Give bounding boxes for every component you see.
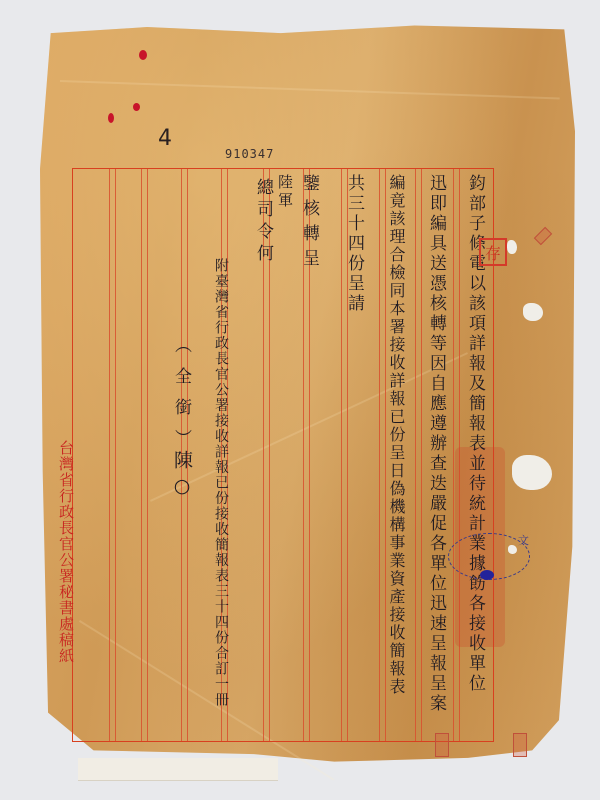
column-rule [141,169,142,741]
small-red-seal [435,733,449,757]
paper-hole [523,303,543,321]
column-rule [379,169,380,741]
signature-name: 陳○ [172,450,191,503]
red-ink-dot [108,113,114,123]
column-rule [109,169,110,741]
text-column-7: 總司令何 [254,178,271,266]
urgency-stamp: 存 [479,238,507,266]
column-rule [115,169,116,741]
backing-paper-strip [78,758,278,781]
text-column-3: 編竟該理合檢同本署接收詳報已份呈日偽機構事業資產接收簡報表 [388,174,404,696]
paper-tear [512,455,552,490]
column-rule [385,169,386,741]
column-rule [453,169,454,741]
paper-hole [507,240,517,254]
serial-number: 910347 [225,147,274,161]
letterhead-text: 台灣省行政長官公署秘書處稿紙 [56,440,77,664]
signature-title: （全銜） [172,336,189,460]
blue-ink-blot [480,570,494,580]
text-column-5: 鑒核轉呈 [300,174,317,274]
text-column-attachment: 附臺灣省行政長官公署接收詳報已份接收簡報表三十四份合訂一冊 [214,258,228,708]
text-column-6: 陸軍 [277,174,292,210]
pencil-page-number: 4 [158,126,172,151]
blue-stamp-text: 文 [518,532,529,548]
red-ink-dot [139,50,147,60]
column-rule [415,169,416,741]
small-red-seal [513,733,527,757]
text-column-2: 迅即編具送憑核轉等因自應遵辦查迭嚴促各單位迅速呈報呈案 [427,174,444,714]
column-rule [421,169,422,741]
red-ink-dot [133,103,140,111]
column-rule [147,169,148,741]
column-rule [341,169,342,741]
text-column-4: 共三十四份呈請 [345,174,362,314]
